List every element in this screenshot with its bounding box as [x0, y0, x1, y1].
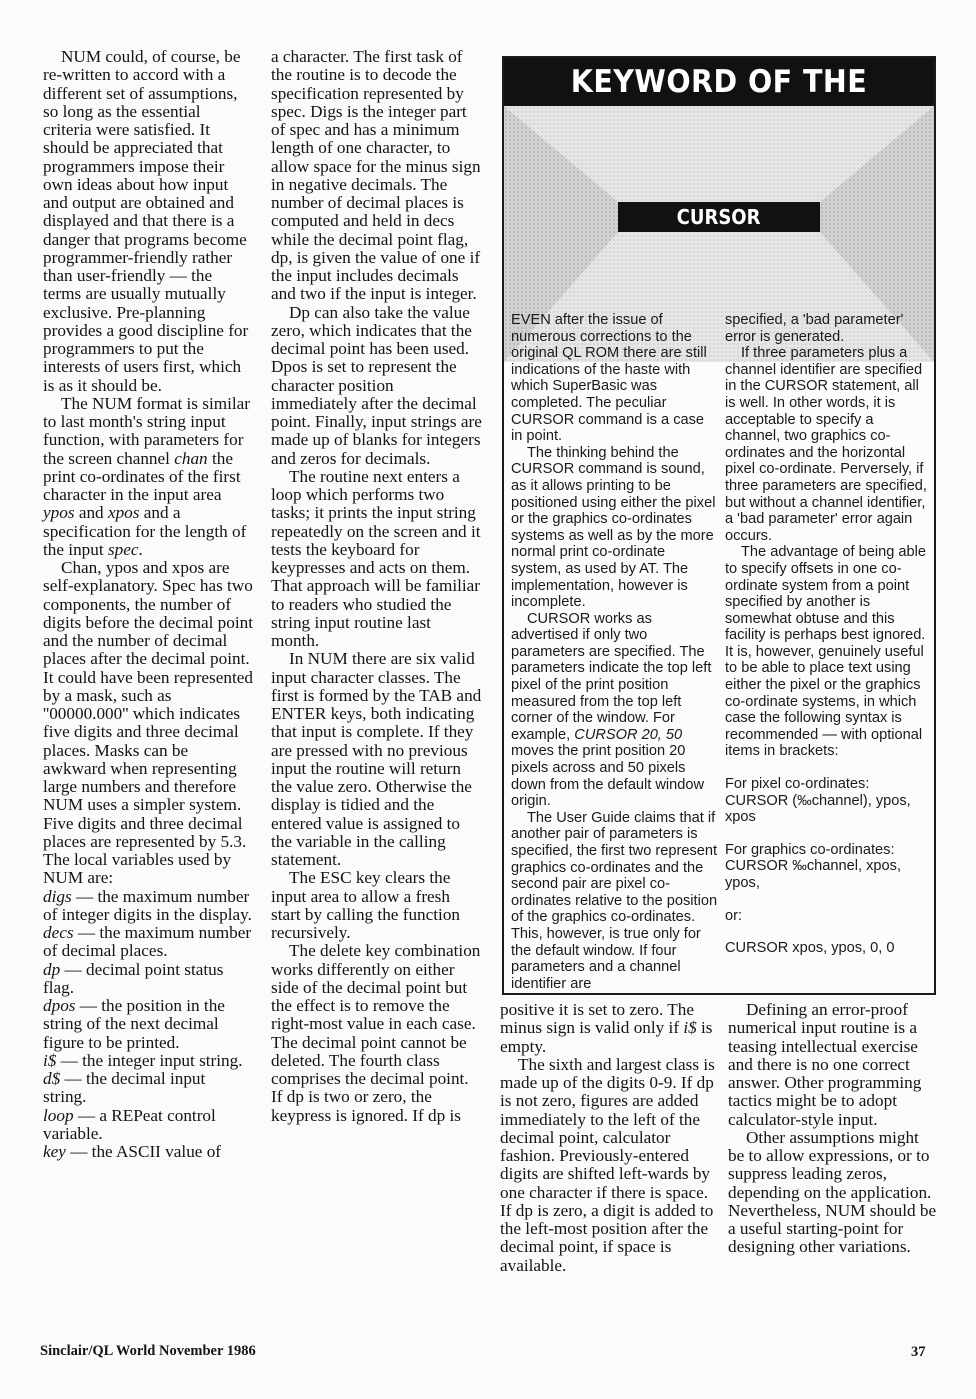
variable-definition: loop — a REPeat control variable.	[43, 1107, 253, 1144]
article-column-1: NUM could, of course, be re-written to a…	[43, 48, 253, 1161]
variable-definition: i$ — the integer input string.	[43, 1052, 253, 1070]
paragraph: The User Guide claims that if another pa…	[511, 810, 719, 993]
paragraph: NUM could, of course, be re-written to a…	[43, 48, 253, 395]
paragraph: The advantage of being able to specify o…	[725, 544, 931, 760]
variable-definition: d$ — the decimal input string.	[43, 1070, 253, 1107]
syntax-pixel: For pixel co-ordinates: CURSOR (‰channel…	[725, 776, 931, 826]
paragraph: specified, a 'bad parameter' error is ge…	[725, 312, 931, 345]
paragraph: Chan, ypos and xpos are self-explanatory…	[43, 559, 253, 888]
sidebar-banner: KEYWORD OF THE MONTH	[504, 58, 934, 106]
paragraph-example: CURSOR works as advertised if only two p…	[511, 611, 719, 810]
paragraph: The ESC key clears the input area to all…	[271, 869, 483, 942]
variable-definition: key — the ASCII value of	[43, 1143, 253, 1161]
variable-definition: digs — the maximum number of integer dig…	[43, 888, 253, 925]
syntax-alt: CURSOR xpos, ypos, 0, 0	[725, 940, 931, 957]
article-column-2: a character. The first task of the routi…	[271, 48, 483, 1125]
paragraph: Other assumptions might be to allow expr…	[728, 1129, 938, 1257]
paragraph: Dp can also take the value zero, which i…	[271, 304, 483, 468]
page-number: 37	[911, 1344, 926, 1361]
publication-footer: Sinclair/QL World November 1986	[40, 1343, 256, 1360]
syntax-graphics: For graphics co-ordinates: CURSOR ‰chann…	[725, 842, 931, 892]
article-column-4: Defining an error-proof numerical input …	[728, 1001, 938, 1257]
variable-definition: dp — decimal point status flag.	[43, 961, 253, 998]
syntax-or: or:	[725, 908, 931, 925]
keyword-of-the-month-box: KEYWORD OF THE MONTH CURSOR EVEN after t…	[502, 56, 936, 995]
paragraph-num-format: The NUM format is similar to last month'…	[43, 395, 253, 559]
paragraph: The thinking behind the CURSOR command i…	[511, 445, 719, 611]
sidebar-column-b: specified, a 'bad parameter' error is ge…	[725, 312, 931, 957]
paragraph: The routine next enters a loop which per…	[271, 468, 483, 651]
variable-definition: dpos — the position in the string of the…	[43, 997, 253, 1052]
paragraph: The sixth and largest class is made up o…	[500, 1056, 715, 1275]
keyword-label: CURSOR	[618, 202, 820, 232]
paragraph: In NUM there are six valid input charact…	[271, 650, 483, 869]
paragraph: The delete key combination works differe…	[271, 942, 483, 1125]
paragraph: Defining an error-proof numerical input …	[728, 1001, 938, 1129]
paragraph: positive it is set to zero. The minus si…	[500, 1001, 715, 1056]
variable-definition: decs — the maximum number of decimal pla…	[43, 924, 253, 961]
paragraph: If three parameters plus a channel ident…	[725, 345, 931, 544]
sidebar-column-a: EVEN after the issue of numerous correct…	[511, 312, 719, 992]
paragraph: EVEN after the issue of numerous correct…	[511, 312, 719, 445]
article-column-3: positive it is set to zero. The minus si…	[500, 1001, 715, 1275]
paragraph: a character. The first task of the routi…	[271, 48, 483, 304]
